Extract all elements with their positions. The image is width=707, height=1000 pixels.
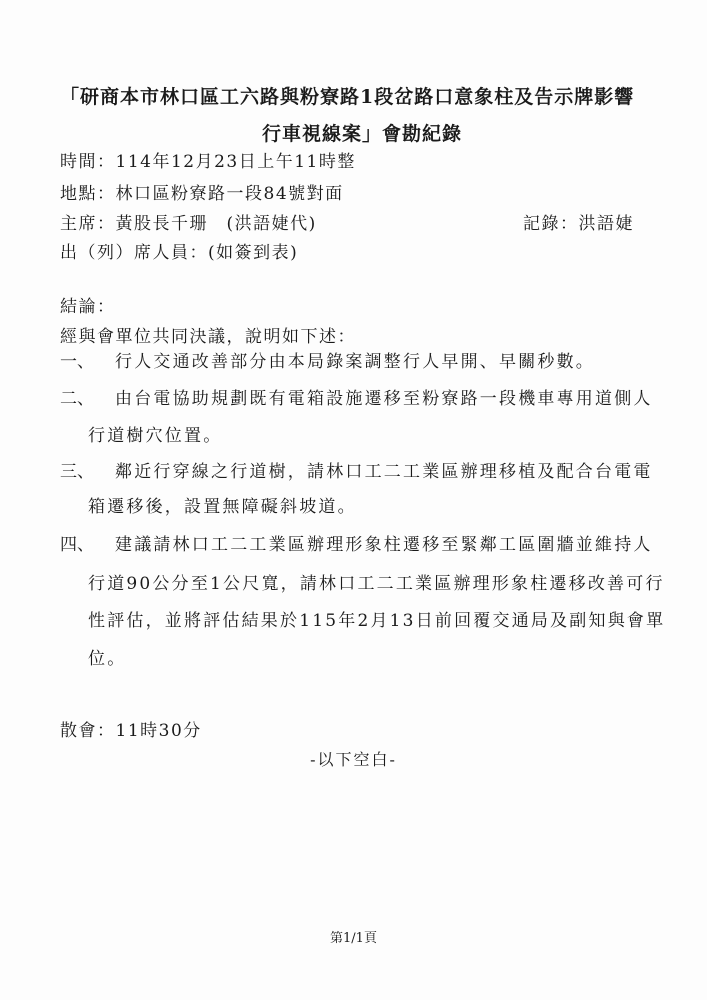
item-number-4: 四、 bbox=[60, 530, 94, 555]
meeting-location: 地點：林口區粉寮路一段84號對面 bbox=[60, 179, 344, 204]
item-4-line-4: 位。 bbox=[88, 644, 126, 669]
document-title-line-1: 「研商本市林口區工六路與粉寮路1段岔路口意象柱及告示牌影響 bbox=[60, 82, 660, 109]
item-3-line-2: 箱遷移後，設置無障礙斜坡道。 bbox=[88, 492, 357, 517]
meeting-time: 時間：114年12月23日上午11時整 bbox=[60, 147, 356, 172]
item-4-line-1: 建議請林口工二工業區辦理形象柱遷移至緊鄰工區圍牆並維持人 bbox=[115, 530, 653, 555]
adjourn-time: 散會：11時30分 bbox=[60, 716, 202, 741]
item-3-line-1: 鄰近行穿線之行道樹，請林口工二工業區辦理移植及配合台電電 bbox=[115, 457, 653, 482]
document-title-line-2: 行車視線案」會勘紀錄 bbox=[262, 119, 707, 146]
meeting-chair: 主席：黃股長千珊 (洪語婕代) bbox=[60, 209, 317, 234]
item-4-line-2: 行道90公分至1公尺寬，請林口工二工業區辦理形象柱遷移改善可行 bbox=[88, 569, 665, 594]
meeting-recorder: 記錄：洪語婕 bbox=[523, 209, 634, 234]
blank-below-marker: -以下空白- bbox=[0, 747, 707, 770]
item-number-1: 一、 bbox=[60, 347, 94, 372]
item-number-3: 三、 bbox=[60, 457, 94, 482]
conclusion-intro: 經與會單位共同決議，說明如下述： bbox=[60, 322, 356, 347]
meeting-attendees: 出（列）席人員：(如簽到表) bbox=[60, 238, 298, 263]
item-2-line-1: 由台電協助規劃既有電箱設施遷移至粉寮路一段機車專用道側人 bbox=[115, 384, 653, 409]
document-page: 「研商本市林口區工六路與粉寮路1段岔路口意象柱及告示牌影響 行車視線案」會勘紀錄… bbox=[0, 0, 707, 1000]
conclusion-label: 結論： bbox=[60, 292, 116, 317]
item-1-line-1: 行人交通改善部分由本局錄案調整行人早開、早關秒數。 bbox=[115, 347, 595, 372]
item-4-line-3: 性評估，並將評估結果於115年2月13日前回覆交通局及副知與會單 bbox=[88, 606, 665, 631]
item-number-2: 二、 bbox=[60, 384, 94, 409]
page-number: 第1/1頁 bbox=[0, 927, 707, 946]
item-2-line-2: 行道樹穴位置。 bbox=[88, 421, 222, 446]
